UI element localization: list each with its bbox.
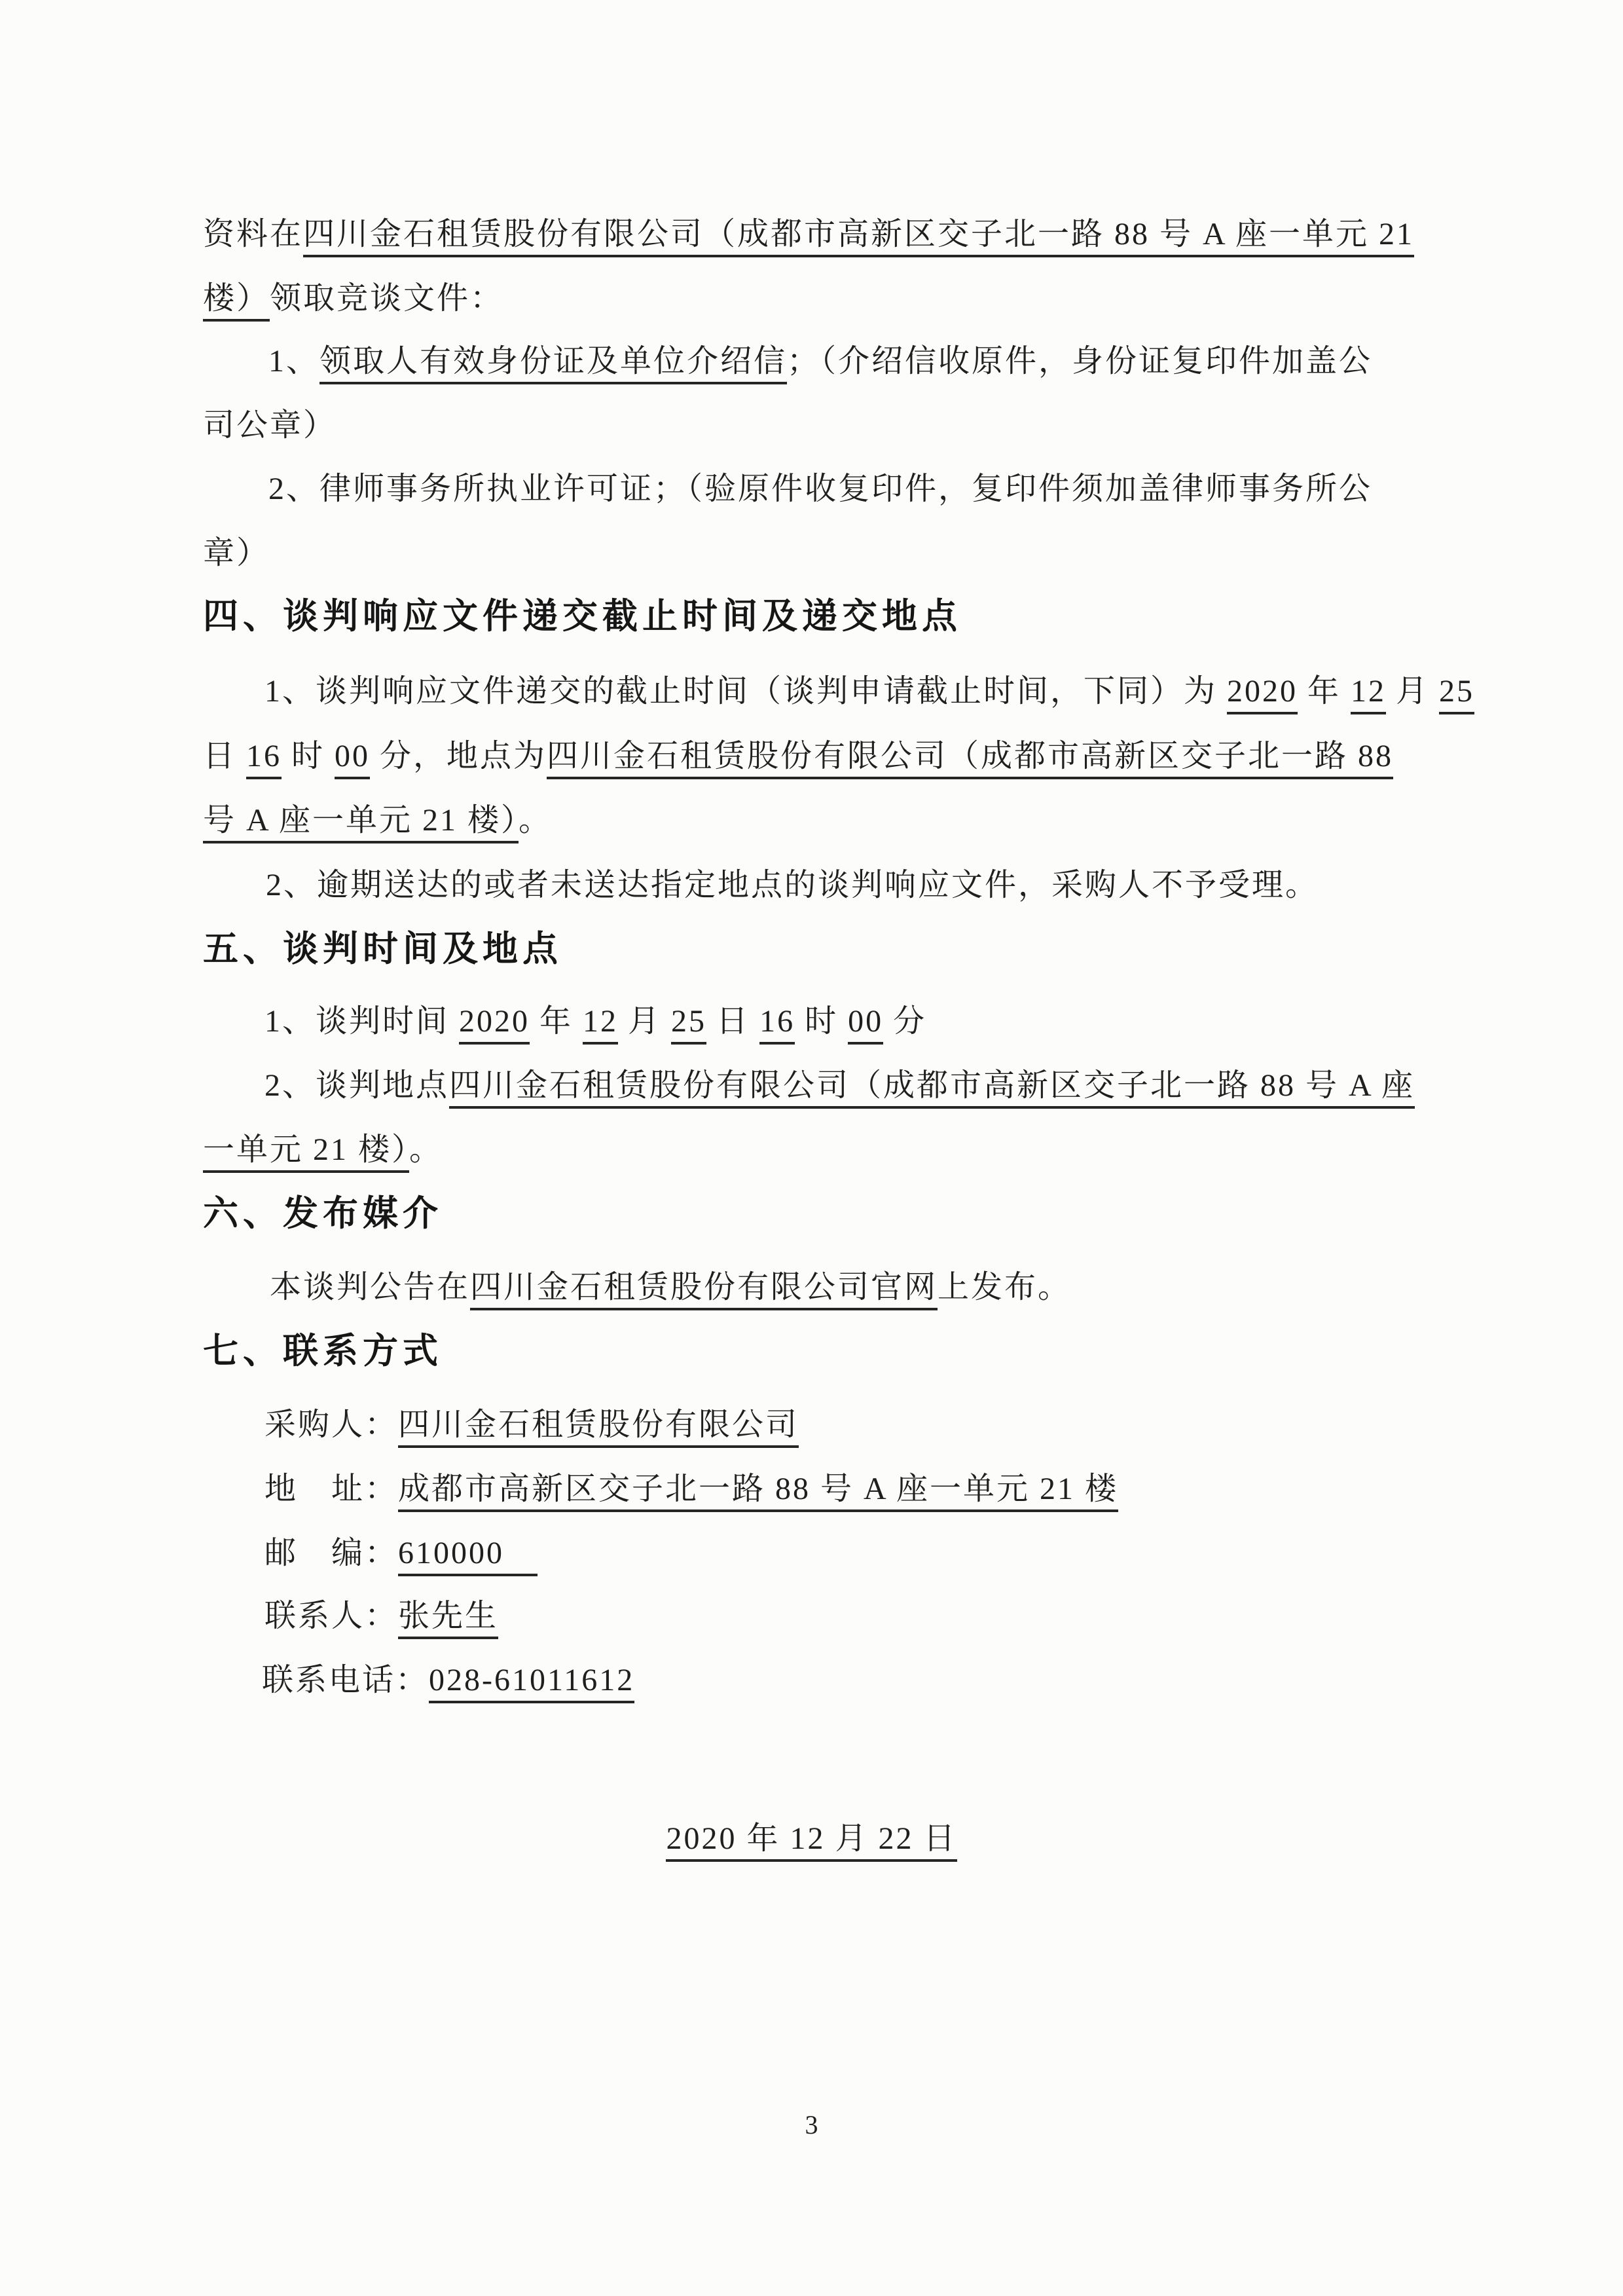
underlined-text-segment: 四川金石租赁股份有限公司 (398, 1407, 799, 1448)
text-segment: 七、联系方式 (203, 1331, 443, 1371)
underlined-text-segment: 成都市高新区交子北一路 88 号 A 座一单元 21 楼 (398, 1472, 1118, 1512)
text-segment: 1、 (268, 344, 319, 379)
text-segment: 年 (1298, 674, 1351, 709)
text-segment: 司公章） (203, 408, 337, 443)
document-line: 联系电话：028-61011612 (262, 1661, 634, 1700)
document-line: 1、谈判响应文件递交的截止时间（谈判申请截止时间，下同）为 2020 年 12 … (264, 672, 1474, 711)
text-segment: 。 (519, 803, 552, 838)
underlined-text-segment: 四川金石租赁股份有限公司（成都市高新区交子北一路 88 (547, 739, 1393, 779)
section-heading: 四、谈判响应文件递交截止时间及递交地点 (203, 595, 962, 639)
text-segment: 年 (530, 1004, 583, 1039)
underlined-text-segment: 028-61011612 (429, 1663, 634, 1703)
text-segment: 2、律师事务所执业许可证；（验原件收复印件，复印件须加盖律师事务所公 (268, 472, 1372, 506)
text-segment: 2、逾期送达的或者未送达指定地点的谈判响应文件，采购人不予受理。 (266, 868, 1319, 902)
text-segment: 联系电话： (262, 1663, 429, 1697)
document-line: 地 址：成都市高新区交子北一路 88 号 A 座一单元 21 楼 (264, 1470, 1118, 1509)
document-line: 资料在四川金石租赁股份有限公司（成都市高新区交子北一路 88 号 A 座一单元 … (203, 215, 1414, 254)
text-segment: 日 (203, 739, 246, 773)
underlined-text-segment: 00 (335, 739, 370, 779)
page-number: 3 (0, 2109, 1623, 2141)
underlined-text-segment: 00 (848, 1004, 883, 1045)
text-segment: 。 (409, 1132, 443, 1167)
text-segment: 领取竞谈文件： (270, 281, 503, 316)
underlined-text-segment: 12 (1351, 674, 1386, 714)
underlined-text-segment: 2020 年 12 月 22 日 (666, 1821, 957, 1862)
text-segment: 3 (805, 2110, 818, 2139)
document-line: 邮 编：610000 (264, 1534, 538, 1573)
text-segment: 章） (203, 536, 270, 570)
underlined-text-segment: 楼） (203, 281, 270, 322)
document-line: 一单元 21 楼）。 (203, 1130, 443, 1170)
underlined-text-segment: 16 (246, 739, 282, 779)
document-page: 资料在四川金石租赁股份有限公司（成都市高新区交子北一路 88 号 A 座一单元 … (0, 0, 1623, 2296)
underlined-text-segment: 四川金石租赁股份有限公司官网 (470, 1270, 938, 1310)
underlined-text-segment: 25 (671, 1004, 706, 1045)
text-segment: 日 (706, 1004, 759, 1039)
underlined-text-segment: 12 (583, 1004, 618, 1045)
text-segment: 六、发布媒介 (203, 1194, 443, 1233)
underlined-text-segment: 16 (759, 1004, 795, 1045)
text-segment: 1、谈判响应文件递交的截止时间（谈判申请截止时间，下同）为 (264, 674, 1227, 709)
underlined-text-segment: 2020 (1227, 674, 1298, 714)
section-heading: 五、谈判时间及地点 (203, 927, 562, 972)
text-segment: 本谈判公告在 (270, 1270, 470, 1305)
text-segment: 分，地点为 (370, 739, 547, 773)
document-line: 日 16 时 00 分，地点为四川金石租赁股份有限公司（成都市高新区交子北一路 … (203, 737, 1393, 776)
document-line: 司公章） (203, 406, 337, 445)
document-line: 采购人：四川金石租赁股份有限公司 (264, 1405, 799, 1445)
document-line: 2020 年 12 月 22 日 (0, 1819, 1623, 1859)
document-line: 1、领取人有效身份证及单位介绍信；（介绍信收原件，身份证复印件加盖公 (268, 342, 1372, 381)
text-segment: 1、谈判时间 (264, 1004, 459, 1039)
underlined-text-segment: 610000 (398, 1536, 538, 1576)
document-line: 楼）领取竞谈文件： (203, 279, 503, 318)
text-segment: 邮 编： (264, 1536, 398, 1570)
document-line: 2、谈判地点四川金石租赁股份有限公司（成都市高新区交子北一路 88 号 A 座 (264, 1066, 1415, 1105)
document-line: 2、律师事务所执业许可证；（验原件收复印件，复印件须加盖律师事务所公 (268, 470, 1372, 509)
underlined-text-segment: 一单元 21 楼） (203, 1132, 409, 1173)
document-line: 1、谈判时间 2020 年 12 月 25 日 16 时 00 分 (264, 1002, 926, 1041)
underlined-text-segment: 25 (1439, 674, 1474, 714)
section-heading: 六、发布媒介 (203, 1192, 443, 1236)
underlined-text-segment: 号 A 座一单元 21 楼） (203, 803, 519, 843)
underlined-text-segment: 2020 (459, 1004, 530, 1045)
text-segment: 联系人： (264, 1599, 398, 1633)
text-segment: 地 址： (264, 1472, 398, 1506)
text-segment: 资料在 (203, 217, 303, 251)
text-segment: 时 (282, 739, 335, 773)
underlined-text-segment: 张先生 (398, 1599, 498, 1639)
text-segment: 五、谈判时间及地点 (203, 929, 562, 969)
document-line: 本谈判公告在四川金石租赁股份有限公司官网上发布。 (270, 1268, 1071, 1307)
section-heading: 七、联系方式 (203, 1329, 443, 1374)
underlined-text-segment: 四川金石租赁股份有限公司（成都市高新区交子北一路 88 号 A 座一单元 21 (303, 217, 1414, 257)
text-segment: 分 (883, 1004, 926, 1039)
underlined-text-segment: 四川金石租赁股份有限公司（成都市高新区交子北一路 88 号 A 座 (449, 1068, 1415, 1109)
text-segment: 采购人： (264, 1407, 398, 1442)
underlined-text-segment: 领取人有效身份证及单位介绍信 (319, 344, 787, 384)
document-line: 号 A 座一单元 21 楼）。 (203, 801, 552, 840)
text-segment: 时 (795, 1004, 848, 1039)
text-segment: 月 (618, 1004, 671, 1039)
text-segment: 2、谈判地点 (264, 1068, 449, 1103)
text-segment: 四、谈判响应文件递交截止时间及递交地点 (203, 597, 962, 636)
text-segment: ；（介绍信收原件，身份证复印件加盖公 (787, 344, 1372, 379)
document-line: 章） (203, 534, 270, 573)
document-line: 联系人：张先生 (264, 1597, 498, 1636)
document-line: 2、逾期送达的或者未送达指定地点的谈判响应文件，采购人不予受理。 (266, 866, 1319, 905)
text-segment: 月 (1386, 674, 1439, 709)
text-segment: 上发布。 (938, 1270, 1071, 1305)
